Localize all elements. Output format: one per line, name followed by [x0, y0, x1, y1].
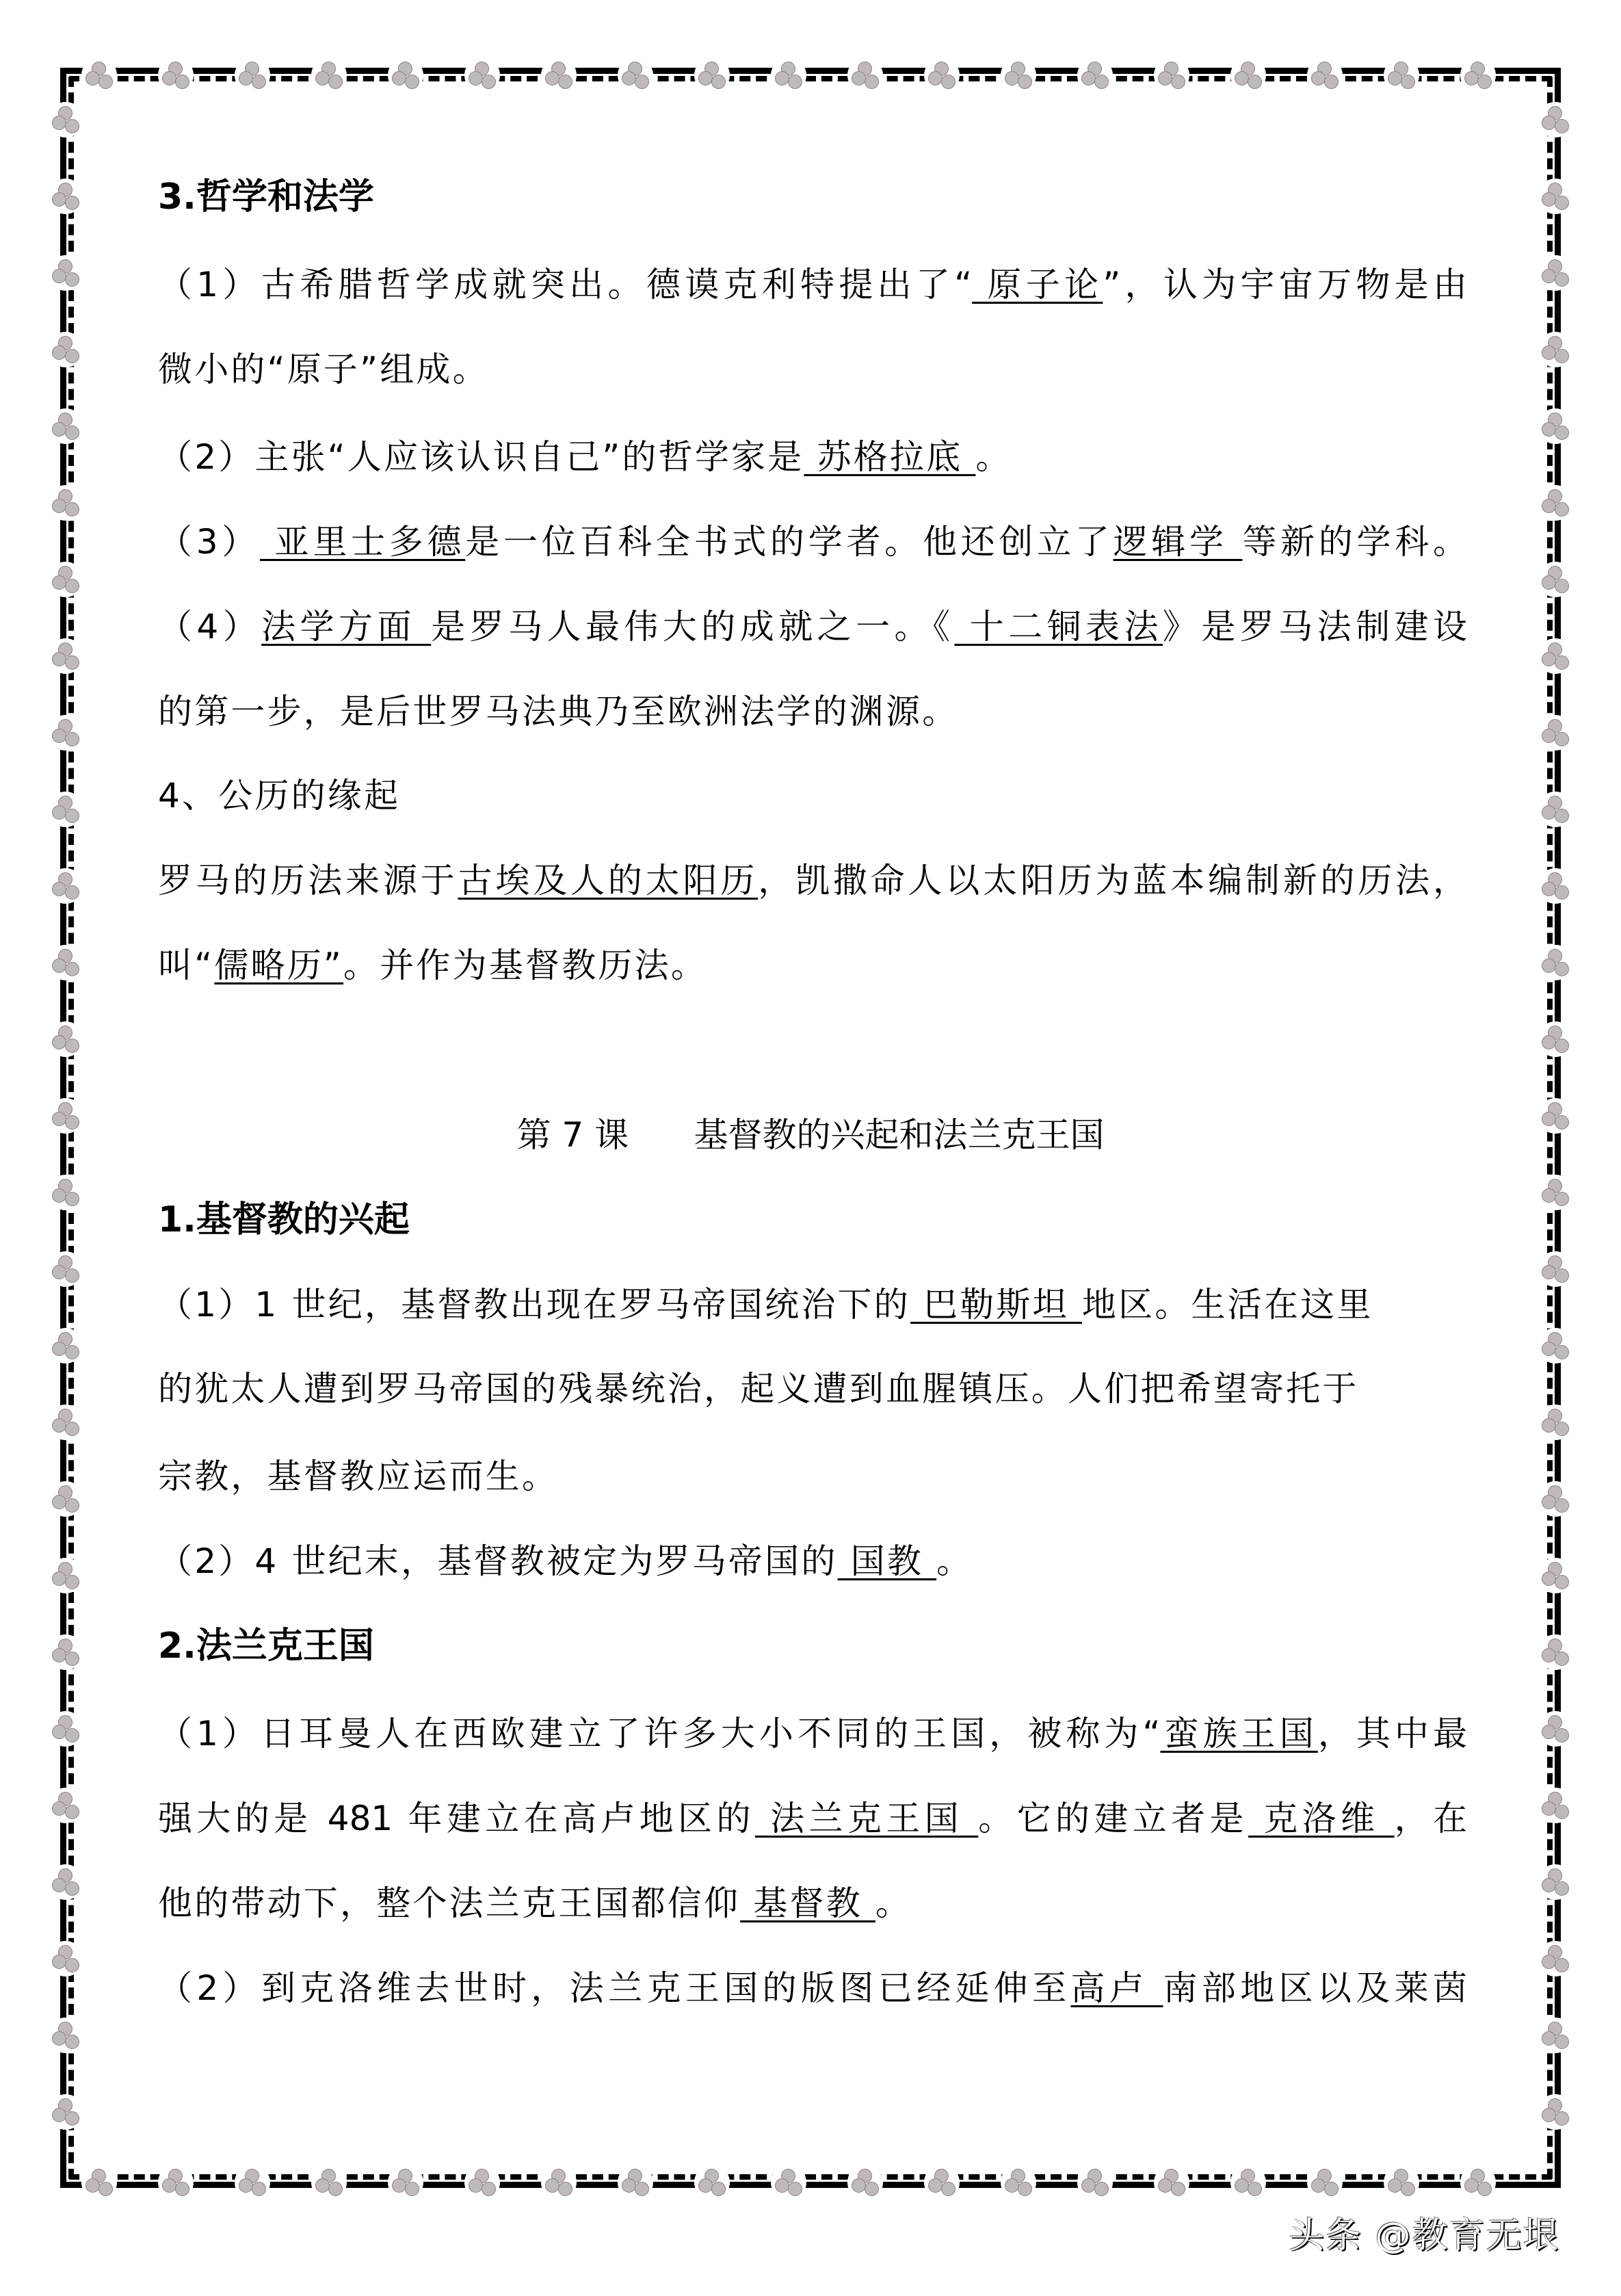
dot-cluster-icon — [469, 62, 496, 89]
dot-cluster-icon — [1542, 1026, 1569, 1053]
fill-in-answer: 法学方面 — [261, 607, 431, 647]
dot-cluster-icon — [545, 2169, 572, 2196]
text-segment: （1）1 世纪，基督教出现在罗马帝国统治下的 — [158, 1285, 910, 1325]
dot-cluster-icon — [1542, 2022, 1569, 2049]
dot-cluster-icon — [928, 2169, 956, 2196]
section-heading-frankish-kingdom: 2.法兰克王国 — [158, 1626, 374, 1667]
watermark: 头条 @教育无垠 — [1289, 2214, 1560, 2258]
fill-in-answer: 国教 — [838, 1541, 937, 1581]
text-segment: （2）到克洛维去世时，法兰克王国的版图已经延伸至 — [158, 1968, 1070, 2008]
dot-cluster-icon — [392, 2169, 419, 2196]
fill-in-answer: 儒略历” — [214, 945, 343, 985]
dot-cluster-icon — [52, 872, 79, 900]
text-segment: 是一位百科全书式的学者。他还创立了 — [465, 522, 1113, 562]
dot-cluster-icon — [52, 1255, 79, 1283]
dot-cluster-icon — [622, 62, 649, 89]
text-segment: 等新的学科。 — [1242, 522, 1467, 562]
dot-cluster-icon — [1311, 62, 1339, 89]
text-segment: 他的带动下，整个法兰克王国都信仰 — [158, 1883, 740, 1923]
dot-cluster-icon — [1542, 1792, 1569, 1819]
dot-cluster-icon — [1542, 106, 1569, 133]
dot-cluster-icon — [85, 62, 113, 89]
fill-in-answer: 克洛维 — [1248, 1799, 1395, 1838]
fill-in-answer: 古埃及人的太阳历 — [458, 861, 759, 900]
dot-cluster-icon — [52, 183, 79, 210]
dot-cluster-icon — [775, 62, 802, 89]
dot-cluster-icon — [1542, 1179, 1569, 1206]
dot-cluster-icon — [1542, 489, 1569, 517]
fill-in-answer: 原子论 — [972, 265, 1103, 304]
dot-cluster-icon — [698, 62, 726, 89]
paragraph-line: （4）法学方面 是罗马人最伟大的成就之一。《 十二铜表法》是罗马法制建设 — [158, 606, 1467, 647]
dot-cluster-icon — [315, 2169, 343, 2196]
dot-cluster-icon — [1542, 642, 1569, 670]
text-segment: 。并作为基督教历法。 — [343, 945, 707, 985]
dot-cluster-icon — [1542, 1945, 1569, 1972]
dot-cluster-icon — [698, 2169, 726, 2196]
text-segment: （4） — [158, 607, 261, 647]
dot-cluster-icon — [469, 2169, 496, 2196]
dot-cluster-icon — [52, 1792, 79, 1819]
dot-cluster-icon — [1542, 259, 1569, 287]
fill-in-answer: 法兰克王国 — [755, 1799, 978, 1838]
dot-cluster-icon — [1081, 2169, 1109, 2196]
dot-cluster-icon — [52, 1179, 79, 1206]
dot-cluster-icon — [852, 2169, 879, 2196]
dot-cluster-icon — [52, 106, 79, 133]
dot-cluster-icon — [775, 2169, 802, 2196]
text-segment: 叫“ — [158, 945, 214, 985]
dot-cluster-icon — [1542, 336, 1569, 363]
dot-cluster-icon — [1464, 2169, 1492, 2196]
dot-cluster-icon — [928, 62, 956, 89]
dot-cluster-icon — [52, 413, 79, 440]
dot-cluster-icon — [1542, 1639, 1569, 1666]
dot-cluster-icon — [52, 259, 79, 287]
fill-in-answer: 逻辑学 — [1113, 522, 1243, 562]
text-segment: 的第一步，是后世罗马法典乃至欧洲法学的渊源。 — [158, 692, 958, 731]
dot-cluster-icon — [239, 62, 266, 89]
dot-cluster-icon — [1542, 1332, 1569, 1359]
dot-cluster-icon — [1464, 62, 1492, 89]
text-segment: （2）4 世纪末，基督教被定为罗马帝国的 — [158, 1541, 838, 1581]
dot-cluster-icon — [52, 796, 79, 823]
dot-cluster-icon — [1235, 2169, 1262, 2196]
text-segment: 宗教，基督教应运而生。 — [158, 1457, 558, 1496]
dot-cluster-icon — [52, 336, 79, 363]
dot-cluster-icon — [52, 949, 79, 976]
dot-cluster-icon — [1311, 2169, 1339, 2196]
section-heading-philosophy-law: 3.哲学和法学 — [158, 177, 374, 218]
paragraph-line: （1）日耳曼人在西欧建立了许多大小不同的王国，被称为“蛮族王国，其中最 — [158, 1713, 1467, 1754]
fill-in-answer: 十二铜表法 — [954, 607, 1163, 647]
dot-cluster-icon — [1158, 2169, 1185, 2196]
text-segment: 的犹太人遭到罗马帝国的残暴统治，起义遭到血腥镇压。人们把希望寄托于 — [158, 1369, 1359, 1409]
paragraph-line: 的犹太人遭到罗马帝国的残暴统治，起义遭到血腥镇压。人们把希望寄托于 — [158, 1368, 1359, 1409]
dot-cluster-icon — [1388, 2169, 1415, 2196]
dot-cluster-icon — [52, 1715, 79, 1743]
text-segment: （2）主张“人应该认识自己”的哲学家是 — [158, 437, 804, 477]
text-segment: 》是罗马法制建设 — [1163, 607, 1467, 647]
text-segment: 强大的是 481 年建立在高卢地区的 — [158, 1799, 755, 1838]
paragraph-line: （1）1 世纪，基督教出现在罗马帝国统治下的 巴勒斯坦 地区。生活在这里 — [158, 1284, 1373, 1325]
dot-cluster-icon — [52, 719, 79, 746]
dot-cluster-icon — [1542, 796, 1569, 823]
dot-cluster-icon — [1005, 62, 1032, 89]
text-segment: 。 — [975, 437, 1012, 477]
text-segment: 。 — [875, 1883, 912, 1923]
fill-in-answer: 亚里士多德 — [260, 522, 465, 562]
dot-cluster-icon — [52, 1945, 79, 1972]
dot-cluster-icon — [1158, 62, 1185, 89]
dot-cluster-icon — [52, 2022, 79, 2049]
dot-cluster-icon — [1388, 62, 1415, 89]
text-segment: ，其中最 — [1318, 1714, 1467, 1753]
paragraph-line: 他的带动下，整个法兰克王国都信仰 基督教 。 — [158, 1883, 912, 1924]
dot-cluster-icon — [52, 1332, 79, 1359]
dot-cluster-icon — [239, 2169, 266, 2196]
fill-in-answer: 基督教 — [740, 1883, 875, 1923]
text-segment: 是罗马人最伟大的成就之一。《 — [431, 607, 954, 647]
dot-cluster-icon — [1542, 1409, 1569, 1436]
dot-cluster-icon — [52, 1639, 79, 1666]
fill-in-answer: 蛮族王国 — [1160, 1714, 1317, 1753]
dot-cluster-icon — [1542, 1255, 1569, 1283]
text-segment: （1）日耳曼人在西欧建立了许多大小不同的王国，被称为“ — [158, 1714, 1160, 1753]
fill-in-answer: 巴勒斯坦 — [910, 1285, 1082, 1325]
text-segment: （1）古希腊哲学成就突出。德谟克利特提出了“ — [158, 265, 972, 304]
text-segment: 地区。生活在这里 — [1082, 1285, 1373, 1325]
text-segment: ，在 — [1395, 1799, 1467, 1838]
dot-cluster-icon — [852, 62, 879, 89]
dot-cluster-icon — [1542, 413, 1569, 440]
text-segment: 微小的“原子”组成。 — [158, 350, 489, 389]
dot-cluster-icon — [315, 62, 343, 89]
dot-cluster-icon — [52, 1409, 79, 1436]
fill-in-answer: 苏格拉底 — [804, 437, 975, 477]
paragraph-line: （1）古希腊哲学成就突出。德谟克利特提出了“ 原子论”，认为宇宙万物是由 — [158, 264, 1467, 305]
text-segment: 。 — [936, 1541, 973, 1581]
text-segment: （3） — [158, 522, 260, 562]
section-heading-christianity: 1.基督教的兴起 — [158, 1199, 410, 1240]
dot-cluster-icon — [52, 566, 79, 593]
dot-cluster-icon — [1081, 62, 1109, 89]
dot-cluster-icon — [622, 2169, 649, 2196]
dot-cluster-icon — [1542, 1868, 1569, 1896]
dot-cluster-icon — [1542, 183, 1569, 210]
section-heading-calendar: 4、公历的缘起 — [158, 775, 400, 816]
paragraph-line: 微小的“原子”组成。 — [158, 349, 489, 390]
fill-in-answer: 高卢 — [1070, 1968, 1163, 2008]
dot-cluster-icon — [392, 62, 419, 89]
paragraph-line: （3） 亚里士多德是一位百科全书式的学者。他还创立了逻辑学 等新的学科。 — [158, 521, 1467, 562]
dot-cluster-icon — [52, 489, 79, 517]
text-segment: ”，认为宇宙万物是由 — [1103, 265, 1467, 304]
text-segment: 。它的建立者是 — [978, 1799, 1248, 1838]
dot-cluster-icon — [52, 1562, 79, 1589]
dot-cluster-icon — [1542, 949, 1569, 976]
paragraph-line: 叫“儒略历”。并作为基督教历法。 — [158, 945, 707, 986]
paragraph-line: （2）到克洛维去世时，法兰克王国的版图已经延伸至高卢 南部地区以及莱茵 — [158, 1968, 1467, 2009]
dot-cluster-icon — [545, 62, 572, 89]
paragraph-line: 罗马的历法来源于古埃及人的太阳历，凯撒命人以太阳历为蓝本编制新的历法， — [158, 860, 1467, 901]
lesson-title: 第 7 课 基督教的兴起和法兰克王国 — [0, 1114, 1621, 1156]
text-segment: 南部地区以及莱茵 — [1163, 1968, 1467, 2008]
dot-cluster-icon — [52, 642, 79, 670]
paragraph-line: （2）4 世纪末，基督教被定为罗马帝国的 国教 。 — [158, 1541, 973, 1582]
paragraph-line: 的第一步，是后世罗马法典乃至欧洲法学的渊源。 — [158, 691, 958, 732]
text-segment: 罗马的历法来源于 — [158, 861, 458, 900]
dot-cluster-icon — [1542, 719, 1569, 746]
dot-cluster-icon — [85, 2169, 113, 2196]
dot-cluster-icon — [52, 1026, 79, 1053]
dot-cluster-icon — [1542, 566, 1569, 593]
dot-cluster-icon — [1542, 1715, 1569, 1743]
dot-cluster-icon — [1235, 62, 1262, 89]
dot-cluster-icon — [162, 2169, 189, 2196]
dot-cluster-icon — [52, 1868, 79, 1896]
text-segment: ，凯撒命人以太阳历为蓝本编制新的历法， — [758, 861, 1467, 900]
dot-cluster-icon — [1542, 1485, 1569, 1513]
dot-cluster-icon — [1542, 1562, 1569, 1589]
dot-cluster-icon — [1005, 2169, 1032, 2196]
dot-cluster-icon — [1542, 2098, 1569, 2126]
dot-cluster-icon — [1542, 872, 1569, 900]
paragraph-line: 强大的是 481 年建立在高卢地区的 法兰克王国 。它的建立者是 克洛维 ，在 — [158, 1798, 1467, 1839]
paragraph-line: 宗教，基督教应运而生。 — [158, 1456, 558, 1497]
dot-cluster-icon — [52, 1485, 79, 1513]
dot-cluster-icon — [162, 62, 189, 89]
paragraph-line: （2）主张“人应该认识自己”的哲学家是 苏格拉底 。 — [158, 436, 1012, 478]
dot-cluster-icon — [52, 2098, 79, 2126]
